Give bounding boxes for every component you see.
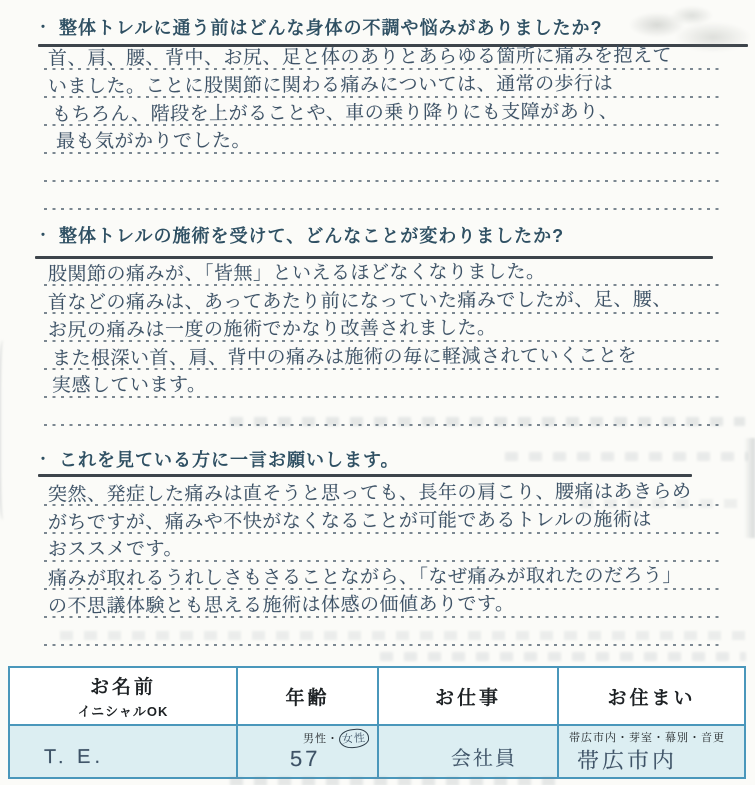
question-text: 整体トレルに通う前はどんな身体の不調や悩みがありましたか? — [59, 18, 603, 38]
question-section-1: ・整体トレルに通う前はどんな身体の不調や悩みがありましたか? 首、肩、腰、背中、… — [0, 14, 755, 214]
handwritten-text: お尻の痛みは一度の施術でかなり改善されました。 — [48, 313, 497, 342]
answer-area: 突然、発症した痛みは直そうと思っても、長年の肩こり、腰痛はあきらめ がちですが、… — [38, 478, 745, 646]
handwritten-text: 突然、発症した痛みは直そうと思っても、長年の肩こり、腰痛はあきらめ — [48, 476, 692, 506]
handwritten-text: 痛みが取れるうれしさもさることながら、「なぜ痛みが取れたのだろう」 — [48, 560, 682, 590]
answer-line: 首、肩、腰、背中、お尻、足と体のありとあらゆる箇所に痛みを抱えて — [38, 42, 745, 70]
answer-line — [38, 618, 745, 646]
age-cell: 男性・女性 57 — [237, 725, 378, 778]
residence-options: 帯広市内・芽室・幕別・音更 — [569, 729, 725, 745]
answer-area: 股関節の痛みが、「皆無」といえるほどなくなりました。 首などの痛みは、あってあた… — [38, 258, 745, 426]
header-label: お仕事 — [379, 683, 557, 710]
table-row: T. E. 男性・女性 57 会社員 帯広市内・芽室・幕別・音更 帯広市内 — [9, 725, 745, 778]
answer-line — [38, 154, 745, 182]
handwritten-text: の不思議体験とも思える施術は体感の価値ありです。 — [48, 589, 515, 618]
handwritten-text: もちろん、階段を上がることや、車の乗り降りにも支障があり、 — [52, 97, 618, 127]
handwritten-text: 首、肩、腰、背中、お尻、足と体のありとあらゆる箇所に痛みを抱えて — [48, 40, 672, 70]
handwritten-text: おススメです。 — [48, 534, 183, 562]
answer-line: 痛みが取れるうれしさもさることながら、「なぜ痛みが取れたのだろう」 — [38, 562, 745, 590]
answer-line: お尻の痛みは一度の施術でかなり改善されました。 — [38, 314, 745, 342]
handwritten-name: T. E. — [44, 746, 104, 769]
gender-male-label: 男性 — [303, 733, 327, 745]
scanned-questionnaire: { "colors":{ "paper":"#fbfbf8", "heading… — [0, 0, 755, 785]
job-cell: 会社員 — [378, 725, 558, 778]
answer-line — [38, 182, 745, 210]
answer-line: おススメです。 — [38, 534, 745, 562]
bullet-icon: ・ — [36, 451, 51, 467]
answer-area: 首、肩、腰、背中、お尻、足と体のありとあらゆる箇所に痛みを抱えて いました。こと… — [38, 42, 745, 210]
header-age: 年齢 — [237, 667, 378, 725]
header-label: 年齢 — [238, 683, 377, 710]
respondent-table: お名前 イニシャルOK 年齢 お仕事 お住まい T. E. 男性・女性 57 会… — [8, 666, 746, 779]
answer-line — [38, 398, 745, 426]
question-section-2: ・整体トレルの施術を受けて、どんなことが変わりましたか? 股関節の痛みが、「皆無… — [0, 222, 755, 432]
answer-line: 突然、発症した痛みは直そうと思っても、長年の肩こり、腰痛はあきらめ — [38, 478, 745, 506]
handwritten-age: 57 — [290, 746, 321, 772]
question-heading: ・整体トレルに通う前はどんな身体の不調や悩みがありましたか? — [36, 14, 603, 40]
handwritten-text: 最も気がかりでした。 — [56, 125, 251, 153]
handwritten-text: 股関節の痛みが、「皆無」といえるほどなくなりました。 — [48, 257, 546, 287]
answer-line: がちですが、痛みや不快がなくなることが可能であるトレルの施術は — [38, 506, 745, 534]
question-text: 整体トレルの施術を受けて、どんなことが変わりましたか? — [59, 226, 564, 246]
answer-line: また根深い首、肩、背中の痛みは施術の毎に軽減されていくことを — [38, 342, 745, 370]
handwritten-text: 実感しています。 — [52, 370, 207, 398]
header-name: お名前 イニシャルOK — [9, 667, 237, 725]
handwritten-job: 会社員 — [451, 742, 517, 771]
handwritten-text: 首などの痛みは、あってあたり前になっていた痛みでしたが、足、腰、 — [48, 284, 672, 314]
handwritten-residence: 帯広市内 — [577, 744, 677, 776]
question-section-3: ・これを見ている方に一言お願いします。 突然、発症した痛みは直そうと思っても、長… — [0, 446, 755, 651]
gender-female-circled: 女性 — [338, 728, 369, 749]
header-label: お住まい — [559, 683, 744, 710]
header-residence: お住まい — [558, 667, 745, 725]
header-label: お名前 — [10, 672, 236, 699]
answer-line: いました。ことに股関節に関わる痛みについては、通常の歩行は — [38, 70, 745, 98]
question-text: これを見ている方に一言お願いします。 — [59, 450, 400, 470]
bullet-icon: ・ — [36, 227, 51, 243]
answer-line: 実感しています。 — [38, 370, 745, 398]
question-heading: ・整体トレルの施術を受けて、どんなことが変わりましたか? — [36, 222, 564, 248]
bullet-icon: ・ — [36, 19, 51, 35]
question-heading: ・これを見ている方に一言お願いします。 — [36, 446, 400, 472]
answer-line: 股関節の痛みが、「皆無」といえるほどなくなりました。 — [38, 258, 745, 286]
header-sublabel: イニシャルOK — [10, 701, 236, 720]
handwritten-text: また根深い首、肩、背中の痛みは施術の毎に軽減されていくことを — [52, 340, 637, 370]
handwritten-text: いました。ことに股関節に関わる痛みについては、通常の歩行は — [48, 69, 613, 99]
answer-line: の不思議体験とも思える施術は体感の価値ありです。 — [38, 590, 745, 618]
header-job: お仕事 — [378, 667, 558, 725]
name-cell: T. E. — [9, 725, 237, 778]
handwritten-text: がちですが、痛みや不快がなくなることが可能であるトレルの施術は — [48, 504, 652, 534]
answer-line: 最も気がかりでした。 — [38, 126, 745, 154]
answer-line: もちろん、階段を上がることや、車の乗り降りにも支障があり、 — [38, 98, 745, 126]
gender-separator: ・ — [327, 733, 339, 745]
residence-cell: 帯広市内・芽室・幕別・音更 帯広市内 — [558, 725, 745, 778]
answer-line: 首などの痛みは、あってあたり前になっていた痛みでしたが、足、腰、 — [38, 286, 745, 314]
table-header-row: お名前 イニシャルOK 年齢 お仕事 お住まい — [9, 667, 745, 725]
bleedthrough-text — [380, 650, 746, 662]
